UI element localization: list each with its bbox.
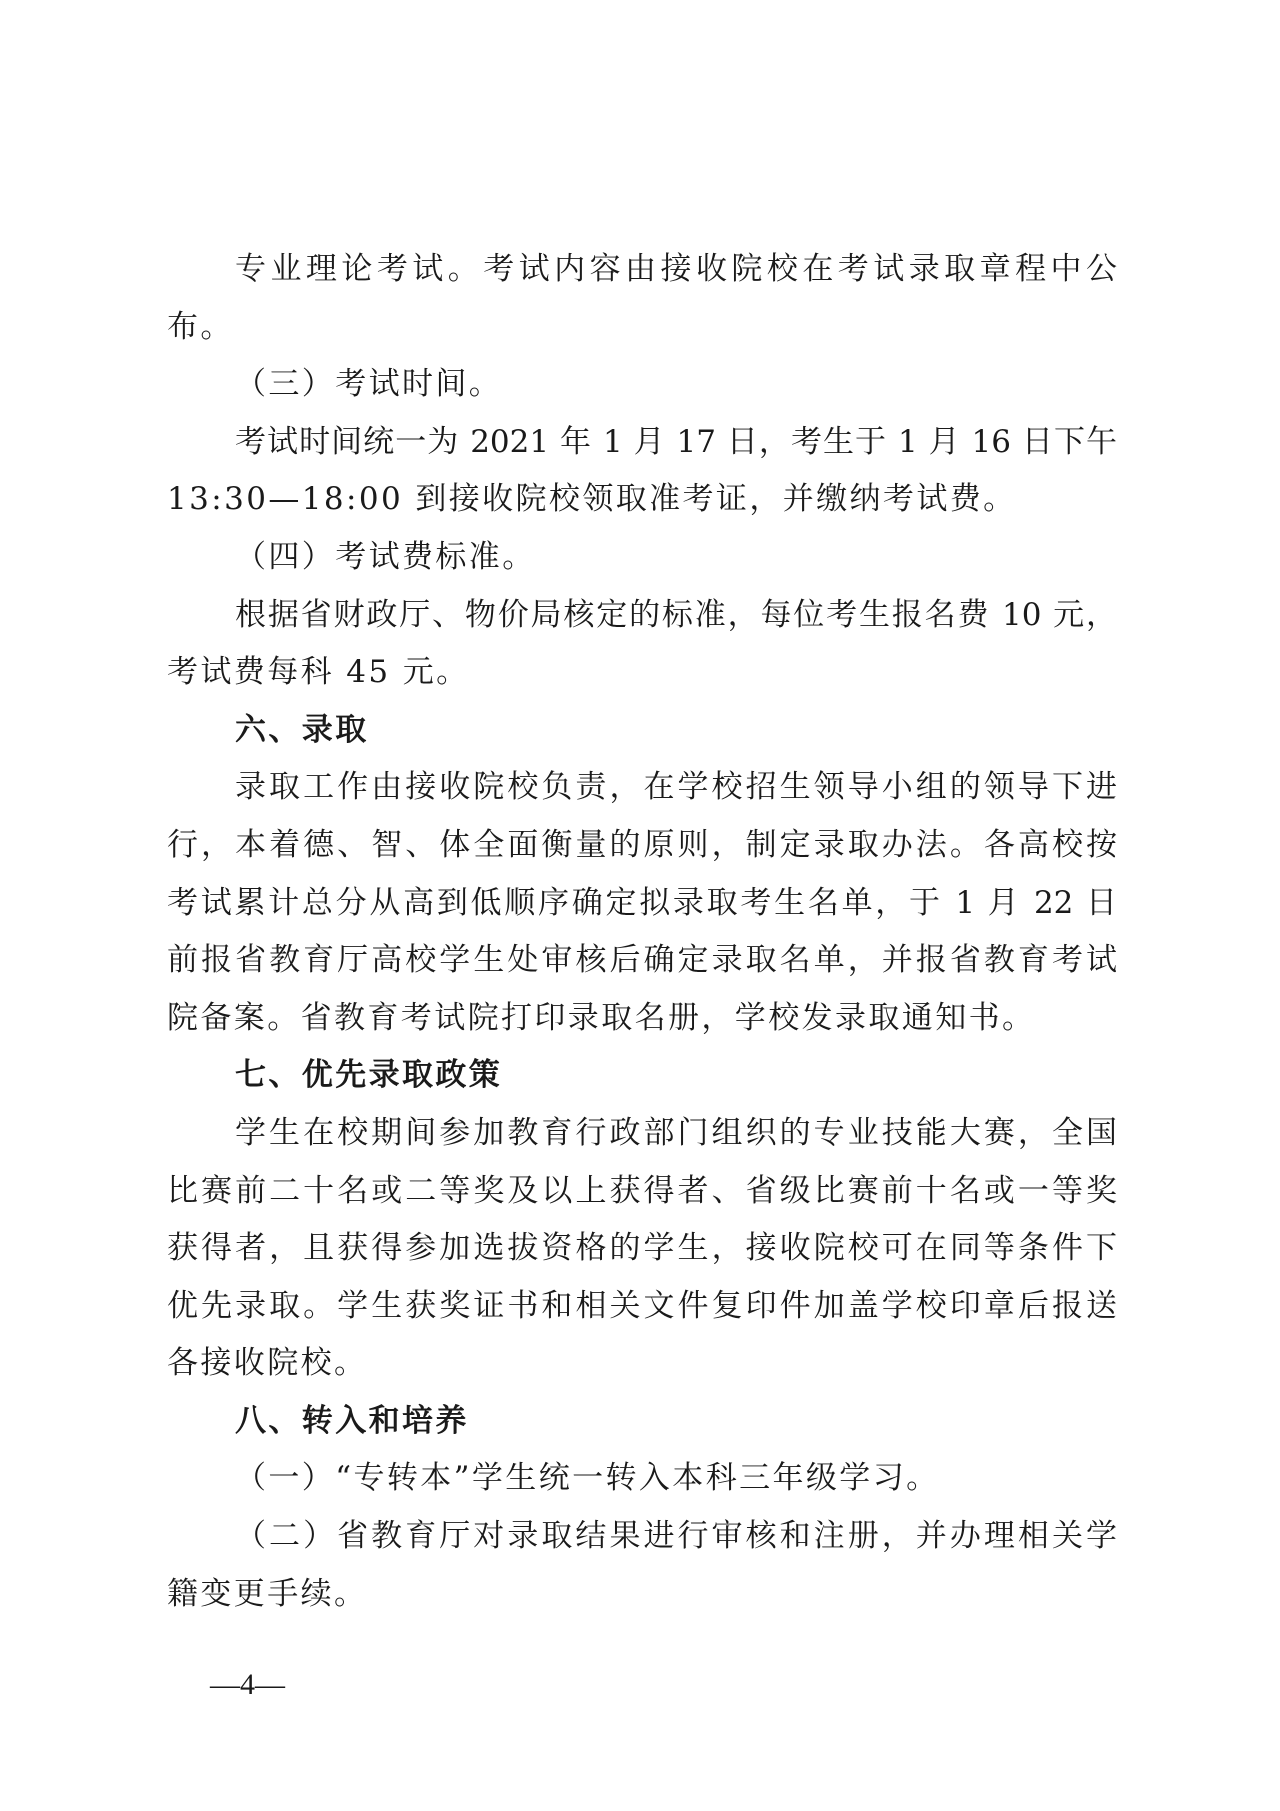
paragraph-line: 学生在校期间参加教育行政部门组织的专业技能大赛，全国 [167, 1105, 1117, 1163]
paragraph-line: 考试时间统一为 2021 年 1 月 17 日，考生于 1 月 16 日下午 [167, 414, 1117, 472]
paragraph-line: 优先录取。学生获奖证书和相关文件复印件加盖学校印章后报送 [167, 1278, 1117, 1336]
paragraph-line: （二）省教育厅对录取结果进行审核和注册，并办理相关学 [167, 1508, 1117, 1566]
paragraph-line: 比赛前二十名或二等奖及以上获得者、省级比赛前十名或一等奖 [167, 1163, 1117, 1221]
subsection-title-exam-fee: （四）考试费标准。 [167, 529, 1117, 587]
section-heading-transfer-training: 八、转入和培养 [167, 1393, 1117, 1451]
paragraph-line: 前报省教育厅高校学生处审核后确定录取名单，并报省教育考试 [167, 932, 1117, 990]
paragraph-line: 根据省财政厅、物价局核定的标准，每位考生报名费 10 元， [167, 587, 1117, 645]
paragraph-line: （一）“专转本”学生统一转入本科三年级学习。 [167, 1450, 1117, 1508]
paragraph-line: 录取工作由接收院校负责，在学校招生领导小组的领导下进 [167, 759, 1117, 817]
paragraph-line: 专业理论考试。考试内容由接收院校在考试录取章程中公 [167, 241, 1117, 299]
paragraph-line: 院备案。省教育考试院打印录取名册，学校发录取通知书。 [167, 990, 1117, 1048]
section-heading-admission: 六、录取 [167, 702, 1117, 760]
paragraph-line: 13:30—18:00 到接收院校领取准考证，并缴纳考试费。 [167, 471, 1117, 529]
paragraph-line: 获得者，且获得参加选拔资格的学生，接收院校可在同等条件下 [167, 1220, 1117, 1278]
document-body: 专业理论考试。考试内容由接收院校在考试录取章程中公 布。 （三）考试时间。 考试… [167, 241, 1117, 1623]
paragraph-line: 籍变更手续。 [167, 1566, 1117, 1624]
paragraph-line: 考试累计总分从高到低顺序确定拟录取考生名单，于 1 月 22 日 [167, 875, 1117, 933]
paragraph-line: 考试费每科 45 元。 [167, 644, 1117, 702]
paragraph-line: 行，本着德、智、体全面衡量的原则，制定录取办法。各高校按 [167, 817, 1117, 875]
document-page: 专业理论考试。考试内容由接收院校在考试录取章程中公 布。 （三）考试时间。 考试… [0, 0, 1280, 1811]
paragraph-line: 各接收院校。 [167, 1335, 1117, 1393]
paragraph-line: 布。 [167, 299, 1117, 357]
section-heading-priority-admission: 七、优先录取政策 [167, 1047, 1117, 1105]
subsection-title-exam-time: （三）考试时间。 [167, 356, 1117, 414]
page-number: —4— [210, 1668, 285, 1702]
